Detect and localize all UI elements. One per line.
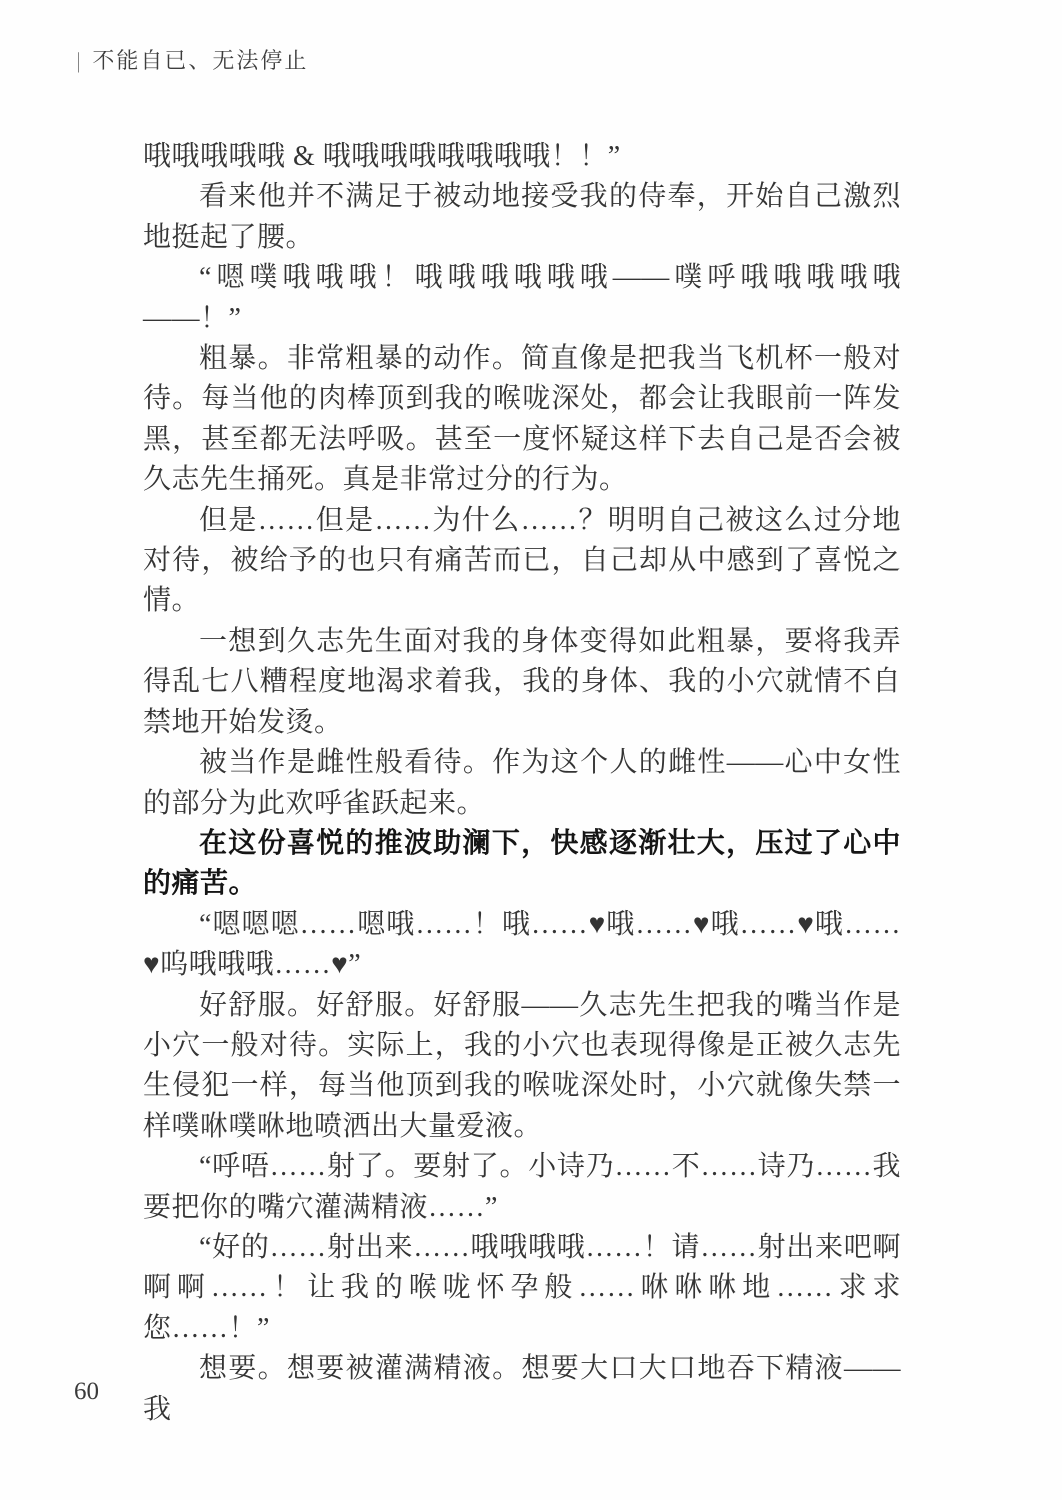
paragraph-2: 看来他并不满足于被动地接受我的侍奉，开始自己激烈地挺起了腰。 xyxy=(143,177,901,258)
page-number: 60 xyxy=(74,1378,99,1406)
running-header: |不能自已、无法停止 xyxy=(76,44,308,75)
paragraph-12: “好的……射出来……哦哦哦哦……！请……射出来吧啊啊啊……！让我的喉咙怀孕般……… xyxy=(143,1228,901,1349)
paragraph-3: “嗯噗哦哦哦！哦哦哦哦哦哦——噗呼哦哦哦哦哦——！” xyxy=(143,258,901,339)
paragraph-11: “呼唔……射了。要射了。小诗乃……不……诗乃……我要把你的嘴穴灌满精液……” xyxy=(143,1147,901,1228)
paragraph-9: “嗯嗯嗯……嗯哦……！哦……♥哦……♥哦……♥哦……♥呜哦哦哦……♥” xyxy=(143,905,901,986)
paragraph-13: 想要。想要被灌满精液。想要大口大口地吞下精液——我 xyxy=(143,1349,901,1430)
book-page: |不能自已、无法停止 哦哦哦哦哦 & 哦哦哦哦哦哦哦哦！！”看来他并不满足于被动… xyxy=(0,0,1062,1500)
paragraph-6: 一想到久志先生面对我的身体变得如此粗暴，要将我弄得乱七八糟程度地渴求着我，我的身… xyxy=(143,622,901,743)
paragraph-8: 在这份喜悦的推波助澜下，快感逐渐壮大，压过了心中的痛苦。 xyxy=(143,824,901,905)
paragraph-10: 好舒服。好舒服。好舒服——久志先生把我的嘴当作是小穴一般对待。实际上，我的小穴也… xyxy=(143,986,901,1148)
paragraph-1: 哦哦哦哦哦 & 哦哦哦哦哦哦哦哦！！” xyxy=(143,137,901,177)
paragraph-5: 但是……但是……为什么……？明明自己被这么过分地对待，被给予的也只有痛苦而已，自… xyxy=(143,501,901,622)
header-divider-bar: | xyxy=(77,48,81,74)
chapter-title: 不能自已、无法停止 xyxy=(92,48,308,73)
body-text: 哦哦哦哦哦 & 哦哦哦哦哦哦哦哦！！”看来他并不满足于被动地接受我的侍奉，开始自… xyxy=(143,137,901,1430)
paragraph-4: 粗暴。非常粗暴的动作。简直像是把我当飞机杯一般对待。每当他的肉棒顶到我的喉咙深处… xyxy=(143,339,901,501)
paragraph-7: 被当作是雌性般看待。作为这个人的雌性——心中女性的部分为此欢呼雀跃起来。 xyxy=(143,743,901,824)
